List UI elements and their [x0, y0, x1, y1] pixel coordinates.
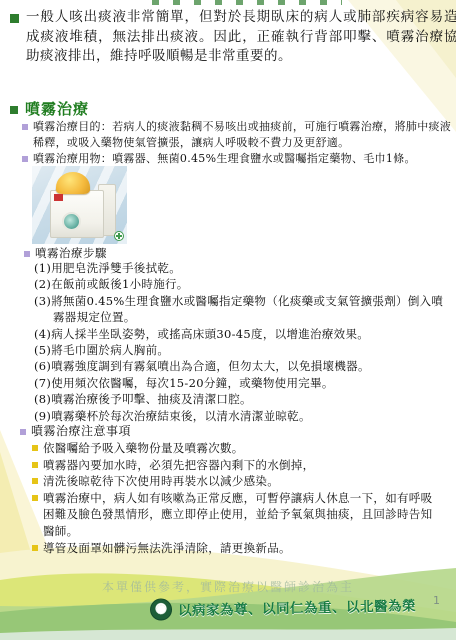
steps-title: 噴霧治療步驟: [35, 246, 107, 260]
nebulizer-label: [54, 194, 63, 201]
square-bullet-icon: [20, 429, 26, 435]
nebulizer-photo: [32, 166, 127, 244]
step-item: (2)在飯前或飯後1小時施行。: [34, 276, 446, 292]
hospital-seal-icon: [150, 598, 172, 620]
footer-disclaimer: 本單僅供參考，實際治療以醫師診治為主: [0, 578, 456, 595]
square-bullet-icon: [10, 106, 18, 114]
intro-item: 一般人咳出痰液非常簡單，但對於長期臥床的病人或肺部疾病容易造成痰液堆積，無法排出…: [10, 8, 456, 67]
footer-slogan-row: 以病家為尊、以同仁為重、以北醫為榮: [150, 593, 416, 621]
note-item: 依醫囑給予吸入藥物份量及噴霧次數。: [34, 440, 440, 457]
square-bullet-icon: [22, 124, 28, 130]
notes-title: 噴霧治療注意事項: [31, 424, 131, 438]
step-item: (6)噴霧強度調到有霧氣噴出為合適，但勿太大，以免損壞機器。: [34, 358, 446, 374]
square-bullet-icon: [22, 156, 28, 162]
note-item: 導管及面罩如髒污無法洗淨清除，請更換新品。: [34, 540, 440, 557]
note-item: 清洗後晾乾待下次使用時再裝水以減少感染。: [34, 473, 440, 490]
nebulizer-dial: [62, 212, 81, 231]
page-number: 1: [433, 594, 440, 607]
purpose-item: 噴霧治療目的：若病人的痰液黏稠不易咳出或抽痰前，可施行噴霧治療，將肺中痰液稀釋，…: [22, 119, 453, 150]
step-item: (5)將毛巾圍於病人胸前。: [34, 342, 446, 358]
step-item: (7)使用頻次依醫囑，每次15-20分鐘，或藥物使用完畢。: [34, 375, 446, 391]
intro-text: 一般人咳出痰液非常簡單，但對於長期臥床的病人或肺部疾病容易造成痰液堆積，無法排出…: [26, 8, 456, 67]
step-item: (8)噴霧治療後予叩擊、抽痰及清潔口腔。: [34, 391, 446, 407]
supplies-text: 噴霧治療用物：噴霧器、無菌0.45%生理食鹽水或醫囑指定藥物、毛巾1條。: [33, 151, 453, 167]
supplies-item: 噴霧治療用物：噴霧器、無菌0.45%生理食鹽水或醫囑指定藥物、毛巾1條。: [22, 151, 453, 167]
step-item: (9)噴霧藥杯於每次治療結束後，以清水清潔並晾乾。: [34, 408, 446, 424]
note-item: 噴霧器內要加水時，必須先把容器內剩下的水倒掉，: [34, 457, 440, 474]
step-item: (1)用肥皂洗淨雙手後拭乾。: [34, 260, 446, 276]
note-item: 噴霧治療中，病人如有咳嗽為正常反應，可暫停讓病人休息一下，如有呼吸困難及臉色發黑…: [34, 490, 440, 540]
cropped-title-remnant: [152, 0, 342, 5]
medical-cross-icon: [114, 231, 124, 241]
step-item: (3)將無菌0.45%生理食鹽水或醫囑指定藥物（化痰藥或支氣管擴張劑）倒入噴霧器…: [34, 293, 446, 326]
steps-heading: 噴霧治療步驟: [24, 246, 107, 260]
section-heading: 噴霧治療: [10, 101, 89, 117]
square-bullet-icon: [24, 251, 30, 257]
step-item: (4)病人採半坐臥姿勢，或搖高床頭30-45度，以增進治療效果。: [34, 326, 446, 342]
notes-list: 依醫囑給予吸入藥物份量及噴霧次數。 噴霧器內要加水時，必須先把容器內剩下的水倒掉…: [34, 440, 440, 556]
footer-slogan: 以病家為尊、以同仁為重、以北醫為榮: [178, 594, 416, 619]
square-bullet-icon: [10, 14, 19, 23]
section-title: 噴霧治療: [25, 101, 89, 117]
nebulizer-dome: [56, 172, 90, 194]
notes-heading: 噴霧治療注意事項: [20, 424, 131, 438]
purpose-text: 噴霧治療目的：若病人的痰液黏稠不易咳出或抽痰前，可施行噴霧治療，將肺中痰液稀釋，…: [33, 119, 453, 150]
steps-list: (1)用肥皂洗淨雙手後拭乾。 (2)在飯前或飯後1小時施行。 (3)將無菌0.4…: [34, 260, 446, 424]
handout-page: 一般人咳出痰液非常簡單，但對於長期臥床的病人或肺部疾病容易造成痰液堆積，無法排出…: [0, 0, 456, 640]
